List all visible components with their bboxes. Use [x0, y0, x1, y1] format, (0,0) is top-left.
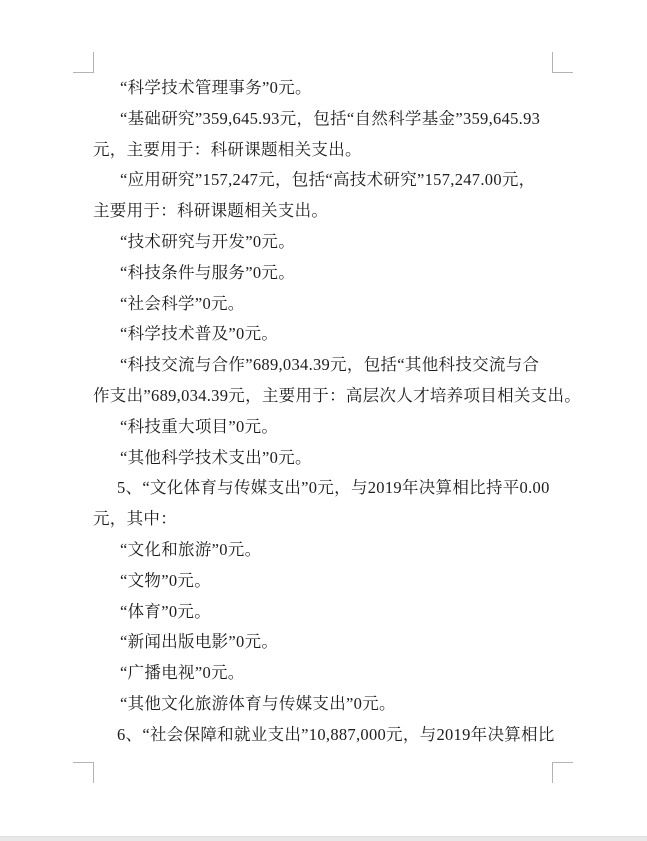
doc-line: 5、“文化体育与传媒支出”0元，与2019年决算相比持平0.00 [93, 473, 555, 504]
doc-line: “新闻出版电影”0元。 [93, 627, 555, 658]
doc-line: 主要用于：科研课题相关支出。 [93, 196, 555, 227]
doc-line: “应用研究”157,247元，包括“高技术研究”157,247.00元， [93, 165, 555, 196]
doc-line: 作支出”689,034.39元，主要用于：高层次人才培养项目相关支出。 [93, 381, 555, 412]
text-boundary-mark-bottom-right [552, 762, 573, 783]
doc-line: “社会科学”0元。 [93, 289, 555, 320]
document-page: “科学技术管理事务”0元。 “基础研究”359,645.93元，包括“自然科学基… [0, 0, 647, 841]
doc-line: “其他文化旅游体育与传媒支出”0元。 [93, 689, 555, 720]
doc-line: “科技重大项目”0元。 [93, 412, 555, 443]
doc-line: “体育”0元。 [93, 597, 555, 628]
doc-line: 6、“社会保障和就业支出”10,887,000元，与2019年决算相比 [93, 720, 555, 751]
doc-line: “其他科学技术支出”0元。 [93, 443, 555, 474]
text-boundary-mark-top-left [73, 52, 94, 73]
doc-line: “科学技术管理事务”0元。 [93, 73, 555, 104]
document-text-area: “科学技术管理事务”0元。 “基础研究”359,645.93元，包括“自然科学基… [93, 73, 555, 751]
doc-line: “基础研究”359,645.93元，包括“自然科学基金”359,645.93 [93, 104, 555, 135]
text-boundary-mark-top-right [552, 52, 573, 73]
doc-line: “技术研究与开发”0元。 [93, 227, 555, 258]
doc-line: “文化和旅游”0元。 [93, 535, 555, 566]
doc-line: “科技交流与合作”689,034.39元，包括“其他科技交流与合 [93, 350, 555, 381]
doc-line: “广播电视”0元。 [93, 658, 555, 689]
doc-line: 元，主要用于：科研课题相关支出。 [93, 135, 555, 166]
doc-line: 元，其中： [93, 504, 555, 535]
doc-line: “科技条件与服务”0元。 [93, 258, 555, 289]
text-boundary-mark-bottom-left [73, 762, 94, 783]
doc-line: “科学技术普及”0元。 [93, 319, 555, 350]
page-separator [0, 836, 647, 841]
doc-line: “文物”0元。 [93, 566, 555, 597]
